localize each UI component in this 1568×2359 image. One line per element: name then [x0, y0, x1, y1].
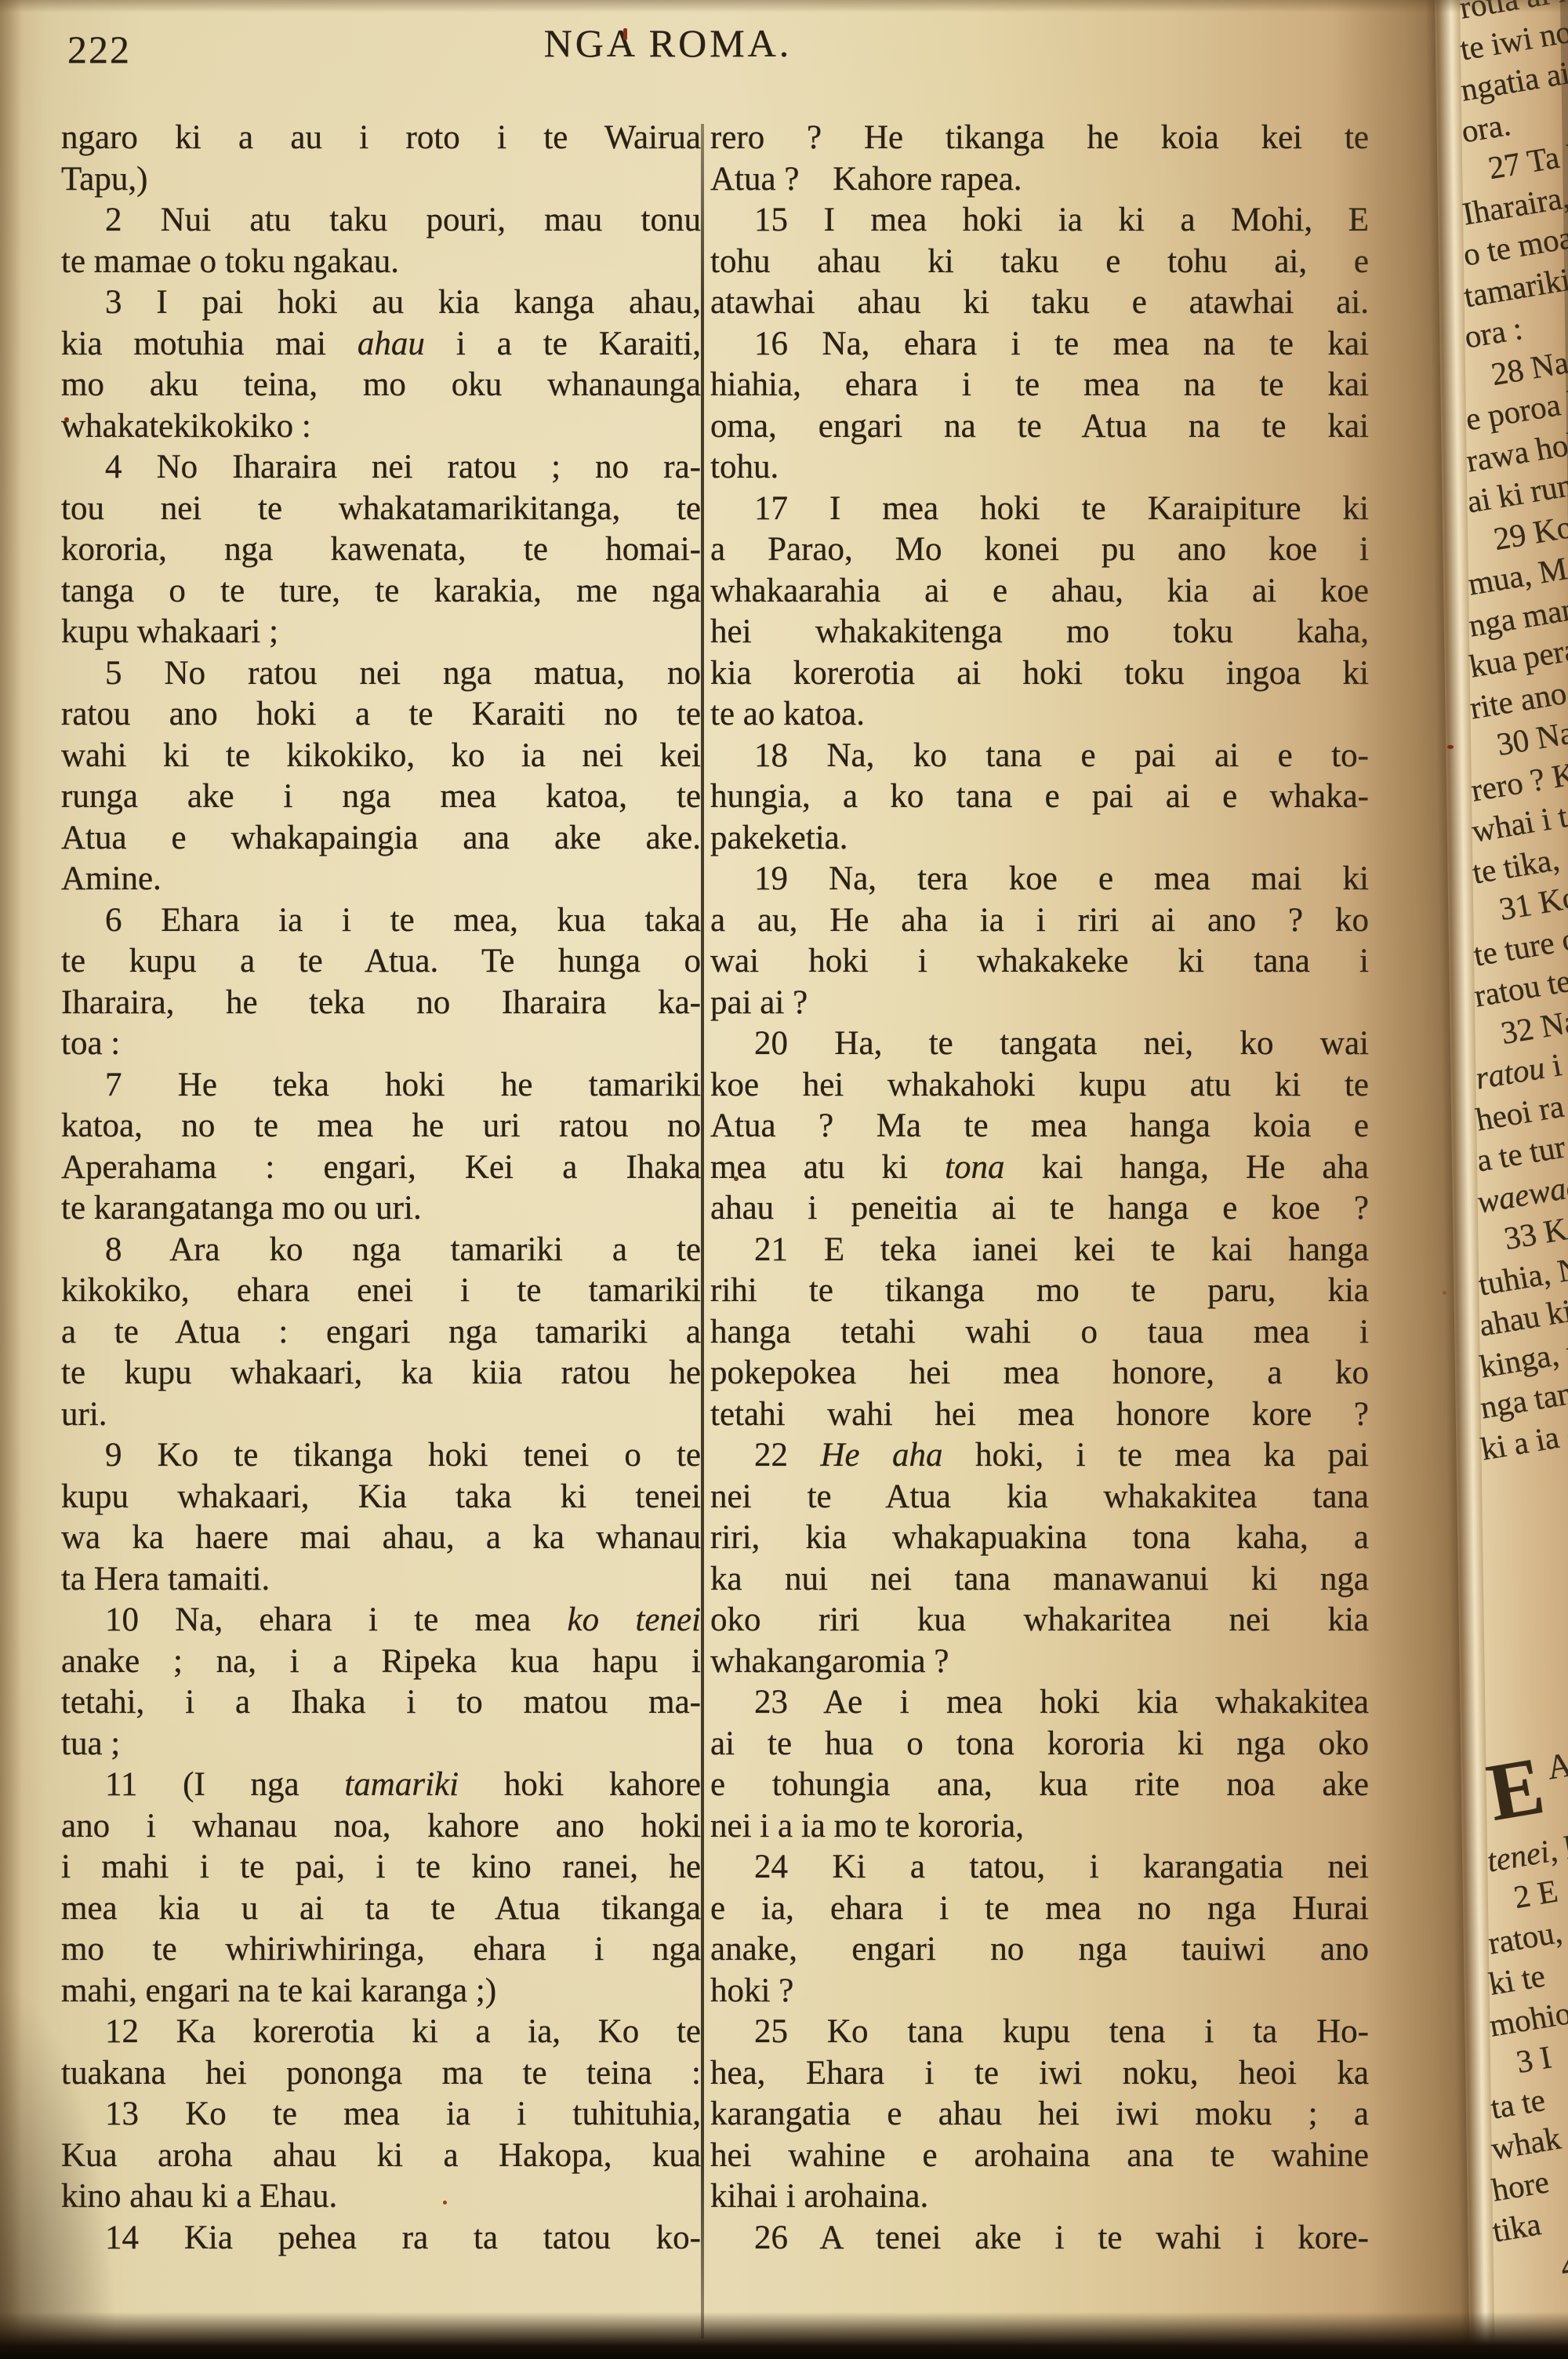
ink-speck	[64, 417, 69, 422]
page-photo: 222 NGA ROMA. ngaro ki a au i roto i te …	[0, 0, 1568, 2359]
ink-speck	[1443, 1291, 1446, 1295]
photo-bottom-shadow	[0, 2312, 1568, 2359]
photo-corner-shadow	[0, 1983, 118, 2359]
next-page-edge: rotia ai kite iwi nokngatia ai lora.27 T…	[0, 0, 1568, 2359]
photo-top-shadow	[0, 0, 1568, 13]
ink-speck	[1447, 745, 1454, 749]
drop-cap-rest: AK	[1544, 1740, 1568, 1787]
ink-speck	[734, 1176, 739, 1181]
ink-speck	[623, 28, 627, 40]
ink-speck	[443, 2201, 447, 2205]
